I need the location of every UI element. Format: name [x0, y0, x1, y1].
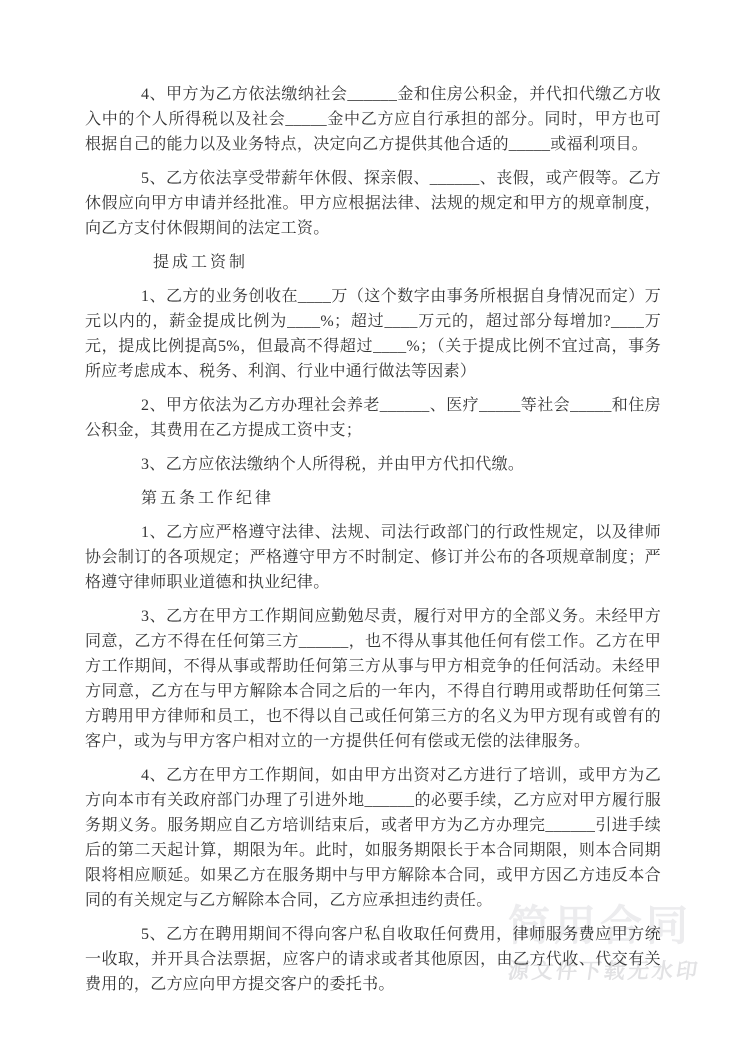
discipline-item-1-paragraph: 1、乙方应严格遵守法律、法规、司法行政部门的行政性规定，以及律师协会制订的各项规…: [85, 520, 661, 595]
discipline-item-3-paragraph: 3、乙方在甲方工作期间应勤勉尽责，履行对甲方的全部义务。未经甲方同意，乙方不得在…: [85, 604, 661, 754]
section-heading-article-5-work-discipline: 第五条工作纪律: [85, 486, 661, 511]
commission-item-3-paragraph: 3、乙方应依法缴纳个人所得税，并由甲方代扣代缴。: [85, 452, 661, 477]
commission-item-2-paragraph: 2、甲方依法为乙方办理社会养老______、医疗_____等社会_____和住房…: [85, 393, 661, 443]
section-heading-commission-wage: 提成工资制: [85, 250, 661, 275]
commission-item-1-paragraph: 1、乙方的业务创收在____万（这个数字由事务所根据自身情况而定）万元以内的，薪…: [85, 284, 661, 384]
clause-5-leave-paragraph: 5、乙方依法享受带薪年休假、探亲假、______、丧假，或产假等。乙方休假应向甲…: [85, 166, 661, 241]
clause-4-social-insurance-paragraph: 4、甲方为乙方依法缴纳社会______金和住房公积金，并代扣代缴乙方收入中的个人…: [85, 82, 661, 157]
discipline-item-4-paragraph: 4、乙方在甲方工作期间，如由甲方出资对乙方进行了培训，或甲方为乙方向本市有关政府…: [85, 763, 661, 913]
discipline-item-5-paragraph: 5、乙方在聘用期间不得向客户私自收取任何费用，律师服务费应甲方统一收取，并开具合…: [85, 922, 661, 997]
document-page: 4、甲方为乙方依法缴纳社会______金和住房公积金，并代扣代缴乙方收入中的个人…: [85, 82, 661, 1006]
